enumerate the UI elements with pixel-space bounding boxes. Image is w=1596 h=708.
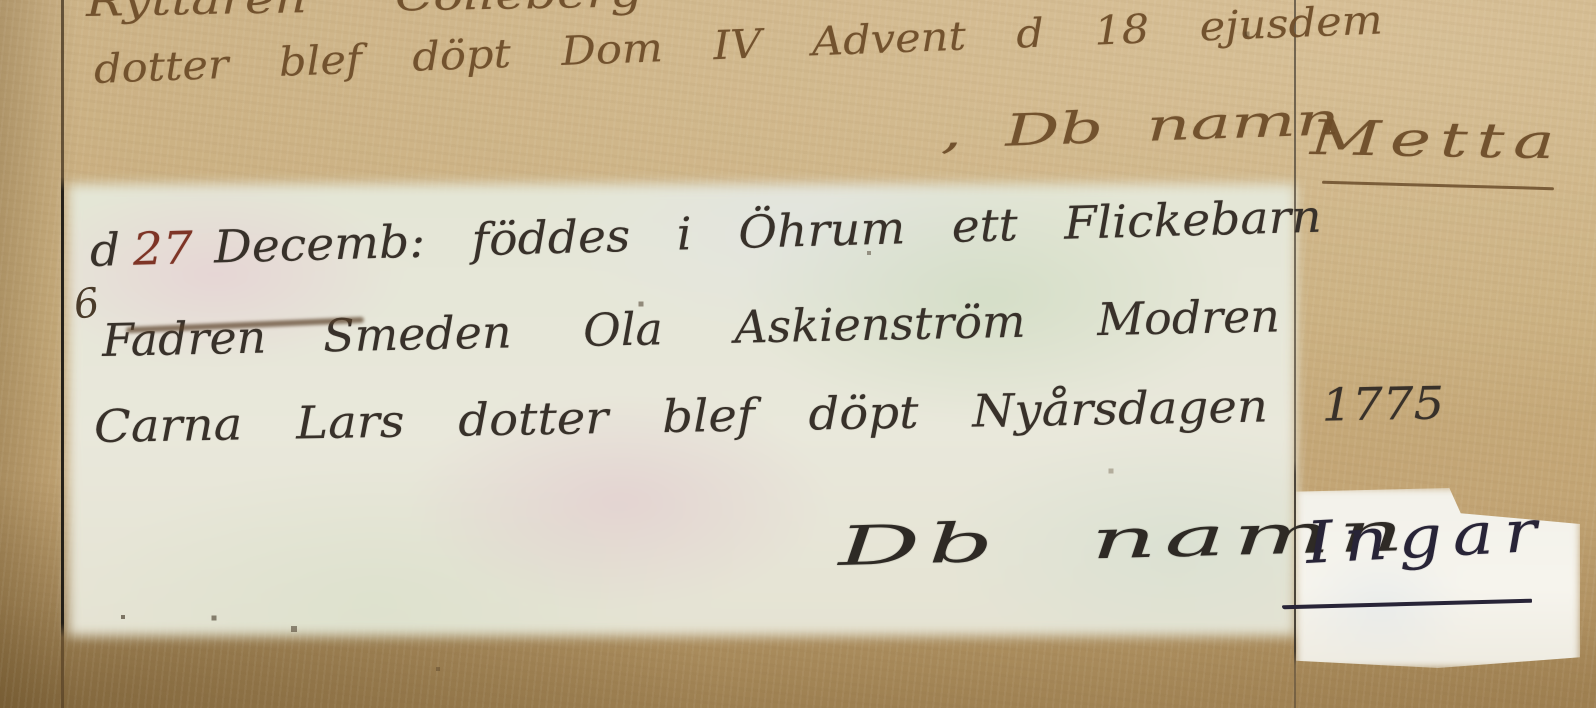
entry-date-sign: d <box>89 223 121 277</box>
entry-date-day: 27 <box>132 221 194 276</box>
ink-specks <box>0 0 2 2</box>
column-rule-left <box>61 0 64 708</box>
entry-child-name: Ingar <box>1304 501 1548 572</box>
entry-struck-word: Fadren <box>101 311 266 367</box>
parish-register-scan: Ryttaren Colleberg dotter blef döpt Dom … <box>0 0 1596 708</box>
stray-digit-mark: 6 <box>71 283 102 326</box>
prev-entry-child-name: Metta <box>1310 114 1564 166</box>
